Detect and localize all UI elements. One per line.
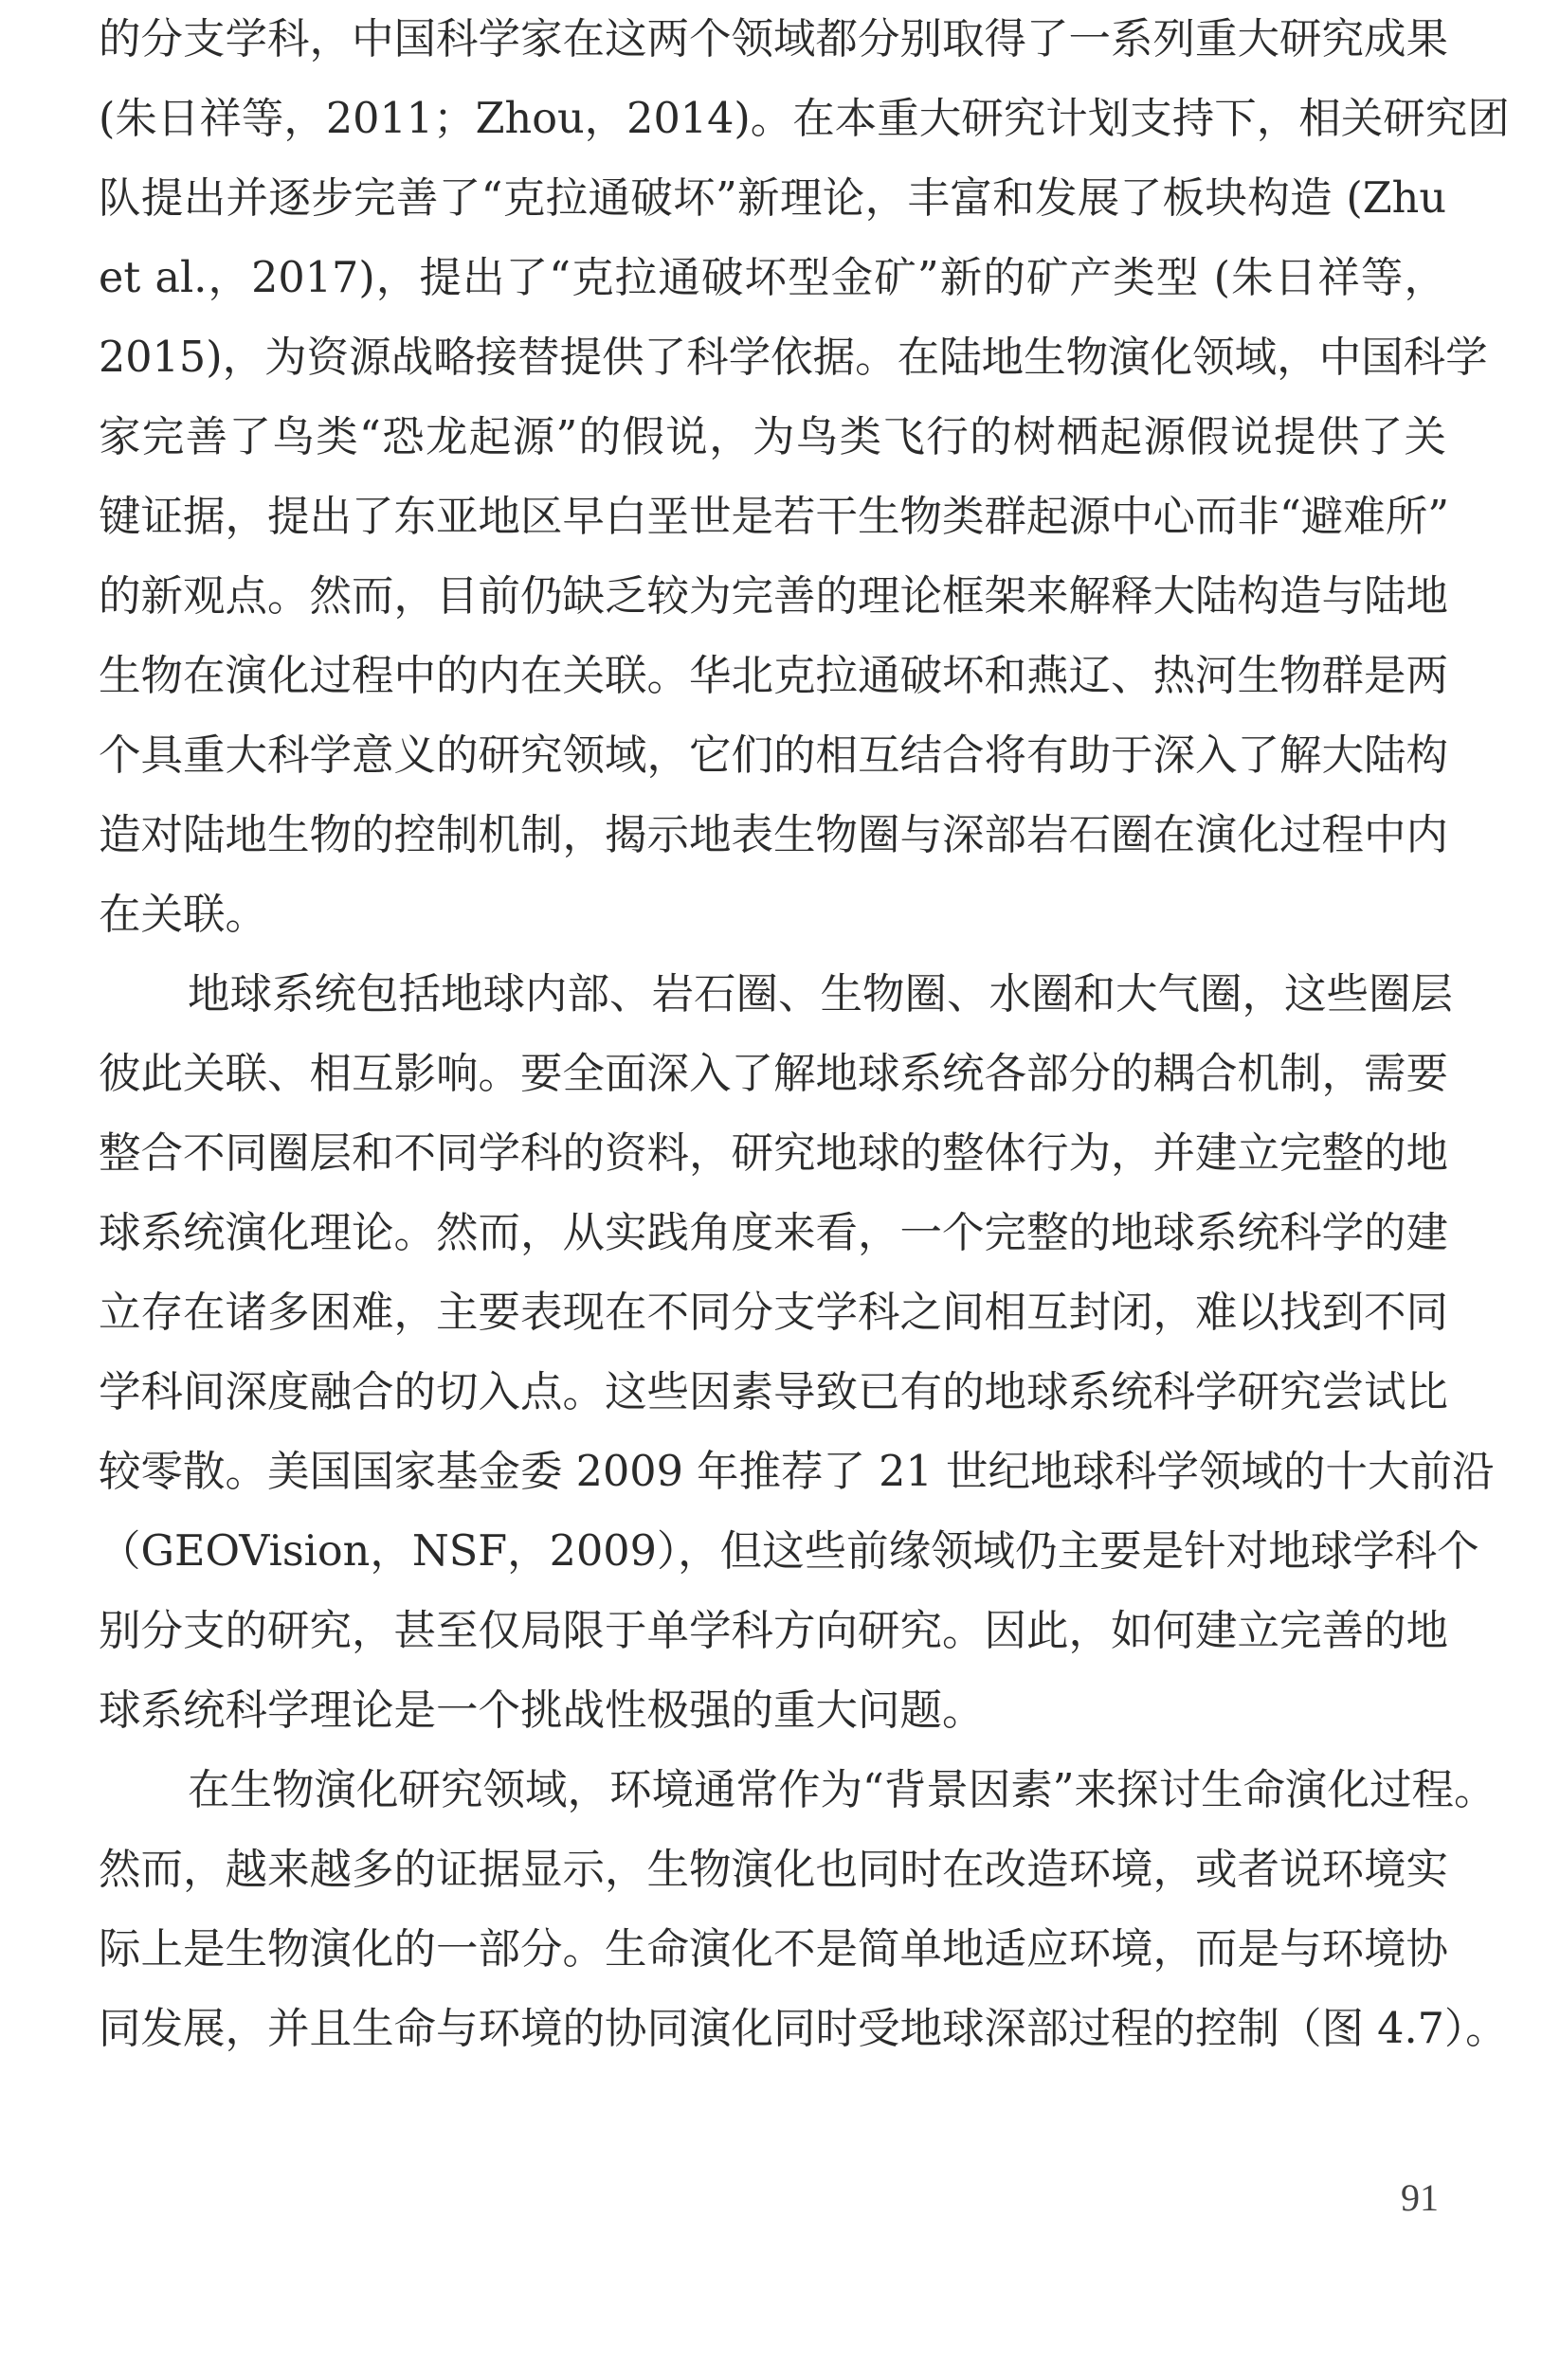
text-line: 生物在演化过程中的内在关联。华北克拉通破坏和燕辽、热河生物群是两 — [99, 637, 1446, 716]
text-line: 造对陆地生物的控制机制，揭示地表生物圈与深部岩石圈在演化过程中内 — [99, 796, 1446, 875]
text-line: 球系统演化理论。然而，从实践角度来看，一个完整的地球系统科学的建 — [99, 1194, 1446, 1273]
text-line: 队提出并逐步完善了“克拉通破坏”新理论，丰富和发展了板块构造 (Zhu — [99, 159, 1446, 239]
text-line: 2015)，为资源战略接替提供了科学依据。在陆地生物演化领域，中国科学 — [99, 318, 1446, 398]
text-line: 整合不同圈层和不同学科的资料，研究地球的整体行为，并建立完整的地 — [99, 1114, 1446, 1194]
text-line: 际上是生物演化的一部分。生命演化不是简单地适应环境，而是与环境协 — [99, 1910, 1446, 1990]
text-line: (朱日祥等，2011；Zhou，2014)。在本重大研究计划支持下，相关研究团 — [99, 80, 1446, 159]
text-line: 别分支的研究，甚至仅局限于单学科方向研究。因此，如何建立完善的地 — [99, 1592, 1446, 1671]
text-line: 较零散。美国国家基金委 2009 年推荐了 21 世纪地球科学领域的十大前沿 — [99, 1433, 1446, 1512]
paragraph-earth-system: 地球系统包括地球内部、岩石圈、生物圈、水圈和大气圈，这些圈层 彼此关联、相互影响… — [99, 955, 1446, 1751]
document-page: 的分支学科，中国科学家在这两个领域都分别取得了一系列重大研究成果 (朱日祥等，2… — [99, 0, 1446, 2069]
text-line: 的分支学科，中国科学家在这两个领域都分别取得了一系列重大研究成果 — [99, 0, 1446, 80]
page-number: 91 — [1401, 2175, 1439, 2221]
paragraph-bio-evolution: 在生物演化研究领域，环境通常作为“背景因素”来探讨生命演化过程。 然而，越来越多… — [99, 1751, 1446, 2069]
text-line: 球系统科学理论是一个挑战性极强的重大问题。 — [99, 1671, 1446, 1751]
text-line: 个具重大科学意义的研究领域，它们的相互结合将有助于深入了解大陆构 — [99, 716, 1446, 796]
text-line: 键证据，提出了东亚地区早白垩世是若干生物类群起源中心而非“避难所” — [99, 478, 1446, 557]
text-line: 同发展，并且生命与环境的协同演化同时受地球深部过程的控制（图 4.7）。 — [99, 1990, 1446, 2069]
text-line: 在关联。 — [99, 875, 1446, 955]
text-line: 家完善了鸟类“恐龙起源”的假说，为鸟类飞行的树栖起源假说提供了关 — [99, 398, 1446, 478]
text-line: （GEOVision，NSF，2009），但这些前缘领域仍主要是针对地球学科个 — [99, 1512, 1446, 1592]
text-line: 在生物演化研究领域，环境通常作为“背景因素”来探讨生命演化过程。 — [99, 1751, 1446, 1830]
text-line: 的新观点。然而，目前仍缺乏较为完善的理论框架来解释大陆构造与陆地 — [99, 557, 1446, 637]
text-line: 彼此关联、相互影响。要全面深入了解地球系统各部分的耦合机制，需要 — [99, 1035, 1446, 1114]
text-line: 立存在诸多困难，主要表现在不同分支学科之间相互封闭，难以找到不同 — [99, 1273, 1446, 1353]
paragraph-continuation: 的分支学科，中国科学家在这两个领域都分别取得了一系列重大研究成果 (朱日祥等，2… — [99, 0, 1446, 955]
text-line: 地球系统包括地球内部、岩石圈、生物圈、水圈和大气圈，这些圈层 — [99, 955, 1446, 1035]
text-line: 学科间深度融合的切入点。这些因素导致已有的地球系统科学研究尝试比 — [99, 1353, 1446, 1433]
text-line: et al.，2017)，提出了“克拉通破坏型金矿”新的矿产类型 (朱日祥等， — [99, 239, 1446, 318]
text-line: 然而，越来越多的证据显示，生物演化也同时在改造环境，或者说环境实 — [99, 1830, 1446, 1910]
